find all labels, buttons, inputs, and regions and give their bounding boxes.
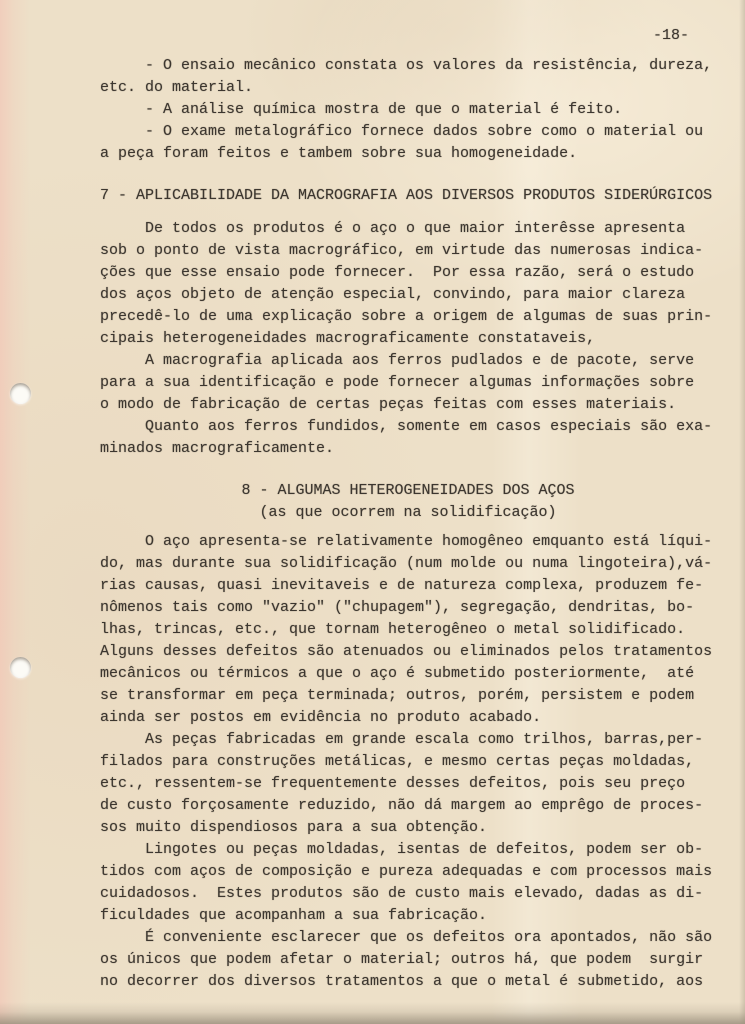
text-line: - A análise química mostra de que o mate… (100, 99, 716, 121)
text-line: Lingotes ou peças moldadas, isentas de d… (100, 839, 716, 861)
text-line: cipais heterogeneidades macrograficament… (100, 328, 716, 350)
text-line: rias causas, quasi inevitaveis e de natu… (100, 575, 716, 597)
text-line: (as que ocorrem na solidificação) (100, 502, 716, 524)
paper-left-edge (0, 0, 30, 1024)
document-page: -18- - O ensaio mecânico constata os val… (0, 0, 745, 1024)
text-line: tidos com aços de composição e pureza ad… (100, 861, 716, 883)
text-line: De todos os produtos é o aço o que maior… (100, 218, 716, 240)
text-line: ainda ser postos em evidência no produto… (100, 707, 716, 729)
text-line: etc. do material. (100, 77, 716, 99)
text-line: a peça foram feitos e tambem sobre sua h… (100, 143, 716, 165)
text-line: etc., ressentem-se frequentemente desses… (100, 773, 716, 795)
text-line: se transformar em peça terminada; outros… (100, 685, 716, 707)
text-line: para a sua identificação e pode fornecer… (100, 372, 716, 394)
text-line: precedê-lo de uma explicação sobre a ori… (100, 306, 716, 328)
text-line: mecânicos ou térmicos a que o aço é subm… (100, 663, 716, 685)
punch-hole-top (10, 383, 31, 404)
section-8-heading: 8 - ALGUMAS HETEROGENEIDADES DOS AÇOS(as… (100, 480, 716, 524)
text-line: sob o ponto de vista macrográfico, em vi… (100, 240, 716, 262)
text-line: nômenos tais como "vazio" ("chupagem"), … (100, 597, 716, 619)
text-line: Quanto aos ferros fundidos, somente em c… (100, 416, 716, 438)
section-7-paragraph-3: Quanto aos ferros fundidos, somente em c… (100, 416, 716, 460)
text-line: cuidadosos. Estes produtos são de custo … (100, 883, 716, 905)
text-line: no decorrer dos diversos tratamentos a q… (100, 971, 716, 993)
section-8-paragraph-4: É conveniente esclarecer que os defeitos… (100, 927, 716, 993)
paper-right-edge (739, 0, 745, 1024)
text-line: filados para construções metálicas, e me… (100, 751, 716, 773)
page-number: -18- (653, 25, 689, 47)
text-line: - O ensaio mecânico constata os valores … (100, 55, 716, 77)
punch-hole-bottom (10, 657, 31, 678)
section-8-paragraph-2: As peças fabricadas em grande escala com… (100, 729, 716, 839)
section-7-paragraph-1: De todos os produtos é o aço o que maior… (100, 218, 716, 350)
intro-items: - O ensaio mecânico constata os valores … (100, 55, 716, 165)
text-line: Alguns desses defeitos são atenuados ou … (100, 641, 716, 663)
section-7-paragraph-2: A macrografia aplicada aos ferros pudlad… (100, 350, 716, 416)
text-line: 7 - APLICABILIDADE DA MACROGRAFIA AOS DI… (100, 185, 716, 207)
text-line: lhas, trincas, etc., que tornam heterogê… (100, 619, 716, 641)
text-line: minados macrograficamente. (100, 438, 716, 460)
text-line: ções que esse ensaio pode fornecer. Por … (100, 262, 716, 284)
text-line: É conveniente esclarecer que os defeitos… (100, 927, 716, 949)
text-line: do, mas durante sua solidificação (num m… (100, 553, 716, 575)
paper-bottom-edge (0, 1002, 745, 1024)
text-line: dos aços objeto de atenção especial, con… (100, 284, 716, 306)
text-line: 8 - ALGUMAS HETEROGENEIDADES DOS AÇOS (100, 480, 716, 502)
text-line: - O exame metalográfico fornece dados so… (100, 121, 716, 143)
section-8-paragraph-3: Lingotes ou peças moldadas, isentas de d… (100, 839, 716, 927)
section-7-heading: 7 - APLICABILIDADE DA MACROGRAFIA AOS DI… (100, 185, 716, 207)
text-line: A macrografia aplicada aos ferros pudlad… (100, 350, 716, 372)
document-body: - O ensaio mecânico constata os valores … (100, 55, 716, 993)
text-line: As peças fabricadas em grande escala com… (100, 729, 716, 751)
text-line: os únicos que podem afetar o material; o… (100, 949, 716, 971)
text-line: o modo de fabricação de certas peças fei… (100, 394, 716, 416)
section-8-paragraph-1: O aço apresenta-se relativamente homogên… (100, 531, 716, 729)
text-line: de custo forçosamente reduzido, não dá m… (100, 795, 716, 817)
text-line: sos muito dispendiosos para a sua obtenç… (100, 817, 716, 839)
text-line: ficuldades que acompanham a sua fabricaç… (100, 905, 716, 927)
text-line: O aço apresenta-se relativamente homogên… (100, 531, 716, 553)
